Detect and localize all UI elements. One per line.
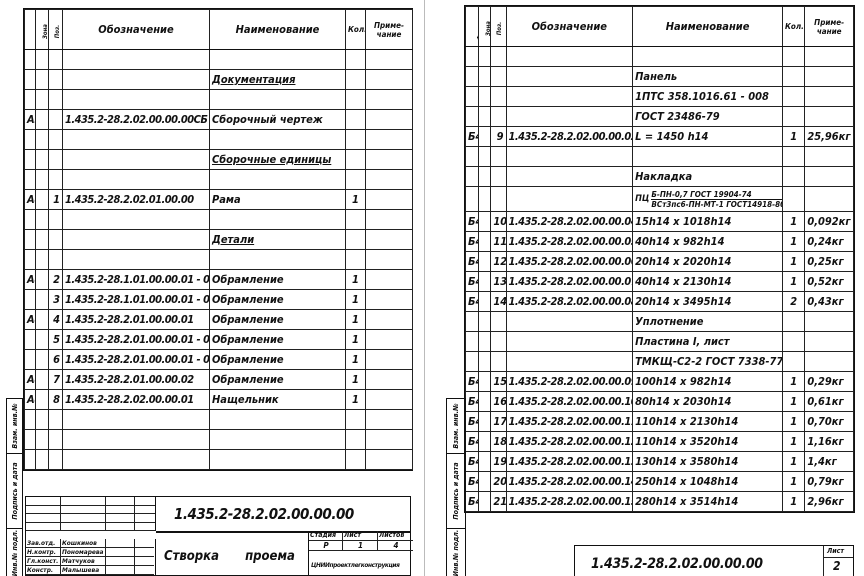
cell-note [805, 67, 854, 87]
cell-qty: 1 [346, 190, 366, 210]
cell-pos [49, 450, 63, 470]
cell-note [805, 147, 854, 167]
cell-name: Обрамление [210, 310, 346, 330]
cell-note [366, 90, 413, 110]
cell-designation [63, 430, 210, 450]
table-row: Сборочные единицы [25, 150, 413, 170]
cell-designation: 1.435.2-28.2.02.00.00.05 [506, 232, 633, 252]
cell-name: Нащельник [210, 390, 346, 410]
drawing-code: 1.435.2-28.2.02.00.00.00 [174, 505, 354, 523]
cell-qty: 1 [783, 472, 805, 492]
cell-name [210, 410, 346, 430]
cell-zone [36, 170, 49, 190]
cell-note: 0,24кг [805, 232, 854, 252]
table-row [25, 410, 413, 430]
cell-zone [36, 270, 49, 290]
signature-row: Гл.конст.Матчуков [26, 557, 154, 566]
cell-pos [49, 110, 63, 130]
cell-name: 40h14 x 982h14 [633, 232, 783, 252]
sheet-label: Лист [827, 547, 844, 555]
cell-note: 1,4кг [805, 452, 854, 472]
drawing-title: Створка проема [164, 549, 295, 564]
cell-designation: 1.435.2-28.2.02.00.00.07 [506, 272, 633, 292]
cell-qty: 1 [346, 330, 366, 350]
cell-zone [479, 127, 491, 147]
cell-pos: 2 [49, 270, 63, 290]
cell-designation [63, 50, 210, 70]
cell-qty: 1 [346, 370, 366, 390]
cell-pos [49, 90, 63, 110]
table-row [25, 210, 413, 230]
cell-designation: 1.435.2-28.2.02.00.00.14 [506, 472, 633, 492]
cell-qty [783, 87, 805, 107]
header-note: Приме-чание [366, 10, 413, 50]
spec-header-row: Формат Зона Поз. Обозначение Наименовани… [25, 10, 413, 50]
cell-fmt: Б4 [466, 452, 479, 472]
cell-zone [36, 150, 49, 170]
cell-pos [49, 170, 63, 190]
cell-fmt: А4 [25, 270, 36, 290]
sheets-value: 4 [378, 541, 413, 551]
cell-name: Сборочный чертеж [210, 110, 346, 130]
cell-qty [783, 352, 805, 372]
cell-designation [63, 150, 210, 170]
title-block-2: 1.435.2-28.2.02.00.00.00 Лист 2 [574, 545, 854, 576]
cell-fmt [25, 130, 36, 150]
cell-zone [479, 332, 491, 352]
table-row: Б4151.435.2-28.2.02.00.00.09100h14 x 982… [466, 372, 854, 392]
table-row: Б491.435.2-28.2.02.00.00.02L = 1450 h141… [466, 127, 854, 147]
spec-table-1: Формат Зона Поз. Обозначение Наименовани… [23, 8, 413, 471]
cell-pos: 6 [49, 350, 63, 370]
cell-designation: 1.435.2-28.2.01.00.00.01 - 02 [63, 350, 210, 370]
signature-row: Зав.отд.Кошкинов [26, 539, 154, 548]
cell-zone [479, 252, 491, 272]
table-row [25, 170, 413, 190]
cell-pos: 20 [491, 472, 506, 492]
cell-designation [506, 187, 633, 212]
cell-name [210, 430, 346, 450]
cell-name [633, 147, 783, 167]
cell-zone [479, 452, 491, 472]
cell-pos: 10 [491, 212, 506, 232]
table-row: Б4161.435.2-28.2.02.00.00.1080h14 x 2030… [466, 392, 854, 412]
cell-qty: 1 [783, 127, 805, 147]
header-pos: Поз. [491, 7, 506, 47]
cell-name [210, 250, 346, 270]
cell-name: 130h14 x 3580h14 [633, 452, 783, 472]
cell-note [366, 130, 413, 150]
cell-qty: 1 [346, 270, 366, 290]
cell-qty: 1 [783, 232, 805, 252]
signature-name: Кошкинов [62, 539, 97, 547]
cell-zone [36, 190, 49, 210]
header-designation: Обозначение [63, 10, 210, 50]
cell-note [366, 330, 413, 350]
cell-fmt [466, 312, 479, 332]
spec-header-row: Формат Зона Поз. Обозначение Наименовани… [466, 7, 854, 47]
cell-note [366, 190, 413, 210]
cell-name: Обрамление [210, 330, 346, 350]
cell-name: 20h14 x 2020h14 [633, 252, 783, 272]
cell-zone [36, 210, 49, 230]
cell-designation: 1.435.2-28.2.02.00.00.04 [506, 212, 633, 232]
signature-row: Констр.Малышева [26, 566, 154, 575]
cell-name [210, 90, 346, 110]
organization: ЦНИИпроектлегконструкция [311, 561, 399, 569]
cell-zone [36, 410, 49, 430]
cell-pos [491, 47, 506, 67]
cell-designation: 1.435.2-28.2.02.00.00.01 [63, 390, 210, 410]
cell-name: Обрамление [210, 270, 346, 290]
cell-note [805, 332, 854, 352]
cell-name: Пластина I, лист [633, 332, 783, 352]
cell-zone [479, 492, 491, 512]
margin-stamp-2: Взам. инв.№ Подпись и дата Инв.№ подл. [446, 398, 466, 576]
cell-pos: 12 [491, 252, 506, 272]
cell-qty [346, 430, 366, 450]
cell-note [366, 150, 413, 170]
cell-qty [346, 110, 366, 130]
cell-fmt: Б4 [466, 127, 479, 147]
header-name: Наименование [633, 7, 783, 47]
cell-pos: 4 [49, 310, 63, 330]
cell-name: 250h14 x 1048h14 [633, 472, 783, 492]
cell-note [805, 47, 854, 67]
cell-fmt: Б4 [466, 492, 479, 512]
table-row: Б4101.435.2-28.2.02.00.00.0415h14 x 1018… [466, 212, 854, 232]
cell-designation: 1.435.2-28.2.02.00.00.13 [506, 452, 633, 472]
cell-name: Уплотнение [633, 312, 783, 332]
cell-designation [63, 210, 210, 230]
cell-name [210, 210, 346, 230]
header-designation: Обозначение [506, 7, 633, 47]
cell-zone [36, 110, 49, 130]
cell-qty: 1 [783, 272, 805, 292]
cell-note [366, 310, 413, 330]
cell-note [805, 107, 854, 127]
stage-value: Р [309, 541, 343, 551]
cell-name: Обрамление [210, 350, 346, 370]
cell-qty [783, 147, 805, 167]
cell-zone [36, 350, 49, 370]
cell-note: 0,70кг [805, 412, 854, 432]
cell-zone [36, 70, 49, 90]
cell-qty [783, 332, 805, 352]
cell-pos [49, 130, 63, 150]
table-row [466, 147, 854, 167]
cell-note [805, 167, 854, 187]
cell-qty [346, 70, 366, 90]
cell-fmt: Б4 [466, 212, 479, 232]
cell-qty [346, 230, 366, 250]
cell-pos [49, 70, 63, 90]
cell-note: 0,092кг [805, 212, 854, 232]
cell-pos [49, 150, 63, 170]
cell-note: 0,25кг [805, 252, 854, 272]
cell-pos [491, 312, 506, 332]
table-row: Уплотнение [466, 312, 854, 332]
table-row: А31.435.2-28.2.02.00.00.00СБСборочный че… [25, 110, 413, 130]
cell-zone [36, 310, 49, 330]
signature-role: Констр. [27, 566, 53, 574]
signature-role: Н.контр. [27, 548, 56, 556]
cell-qty [783, 312, 805, 332]
table-row: Б4121.435.2-28.2.02.00.00.0620h14 x 2020… [466, 252, 854, 272]
cell-pos [49, 50, 63, 70]
cell-fmt [25, 350, 36, 370]
cell-qty [346, 450, 366, 470]
cell-designation: 1.435.2-28.2.02.01.00.00 [63, 190, 210, 210]
cell-pos: 19 [491, 452, 506, 472]
material-fraction: ПЦБ-ПН-0,7 ГОСТ 19904-74ВСт3пс6-ПН-МТ-1 … [635, 190, 782, 209]
cell-qty: 1 [783, 372, 805, 392]
spec-table-2: Формат Зона Поз. Обозначение Наименовани… [464, 5, 855, 513]
cell-zone [36, 370, 49, 390]
cell-zone [479, 432, 491, 452]
cell-zone [36, 450, 49, 470]
table-row: Б4141.435.2-28.2.02.00.00.0820h14 x 3495… [466, 292, 854, 312]
cell-pos: 8 [49, 390, 63, 410]
cell-qty [346, 170, 366, 190]
table-row: ПЦБ-ПН-0,7 ГОСТ 19904-74ВСт3пс6-ПН-МТ-1 … [466, 187, 854, 212]
table-row: ГОСТ 23486-79 [466, 107, 854, 127]
cell-zone [479, 292, 491, 312]
cell-fmt: А4 [25, 310, 36, 330]
cell-name: Панель [633, 67, 783, 87]
cell-note [366, 410, 413, 430]
cell-name [633, 47, 783, 67]
table-row [25, 130, 413, 150]
table-row [466, 47, 854, 67]
cell-note [366, 350, 413, 370]
cell-zone [479, 67, 491, 87]
cell-designation [506, 332, 633, 352]
cell-pos: 15 [491, 372, 506, 392]
signature-row: Н.контр.Пономарева [26, 548, 154, 557]
table-row: А481.435.2-28.2.02.00.00.01Нащельник1 [25, 390, 413, 410]
cell-designation: 1.435.2-28.2.02.00.00.06 [506, 252, 633, 272]
sheet-value: 1 [343, 541, 378, 551]
cell-name [210, 170, 346, 190]
table-row [25, 50, 413, 70]
cell-pos: 9 [491, 127, 506, 147]
cell-pos [491, 107, 506, 127]
cell-pos [491, 332, 506, 352]
cell-name: 100h14 x 982h14 [633, 372, 783, 392]
cell-fmt: А4 [25, 390, 36, 410]
cell-fmt [25, 210, 36, 230]
cell-designation: 1.435.2-28.2.01.00.00.02 [63, 370, 210, 390]
cell-qty: 1 [783, 412, 805, 432]
cell-zone [479, 187, 491, 212]
header-qty: Кол. [346, 10, 366, 50]
sheet-number: 2 [833, 559, 841, 573]
cell-zone [36, 130, 49, 150]
cell-designation [63, 170, 210, 190]
cell-name [210, 450, 346, 470]
cell-designation [506, 147, 633, 167]
cell-note [366, 370, 413, 390]
cell-qty [783, 187, 805, 212]
cell-designation [506, 87, 633, 107]
stage-label: Стадия [309, 531, 343, 541]
cell-designation [63, 230, 210, 250]
cell-pos [49, 210, 63, 230]
cell-pos: 5 [49, 330, 63, 350]
cell-note [366, 450, 413, 470]
cell-note: 0,61кг [805, 392, 854, 412]
cell-zone [479, 212, 491, 232]
header-format: Формат [466, 7, 479, 47]
sheets-label: Листов [378, 531, 413, 541]
cell-fmt [466, 147, 479, 167]
cell-fmt [466, 352, 479, 372]
header-format: Формат [25, 10, 36, 50]
cell-note: 2,96кг [805, 492, 854, 512]
table-row: А471.435.2-28.2.01.00.00.02Обрамление1 [25, 370, 413, 390]
cell-name: 280h14 x 3514h14 [633, 492, 783, 512]
cell-qty [346, 150, 366, 170]
cell-qty: 1 [346, 350, 366, 370]
cell-zone [479, 312, 491, 332]
cell-pos [49, 410, 63, 430]
cell-note [805, 312, 854, 332]
cell-fmt [25, 70, 36, 90]
cell-name: 20h14 x 3495h14 [633, 292, 783, 312]
cell-fmt [25, 90, 36, 110]
cell-fmt [466, 87, 479, 107]
cell-designation [63, 130, 210, 150]
cell-designation [506, 107, 633, 127]
cell-zone [479, 147, 491, 167]
table-row: Пластина I, лист [466, 332, 854, 352]
cell-designation [506, 67, 633, 87]
cell-qty: 1 [783, 492, 805, 512]
cell-note [366, 70, 413, 90]
table-row: 1ПТС 358.1016.61 - 008 [466, 87, 854, 107]
cell-zone [479, 472, 491, 492]
cell-note [366, 110, 413, 130]
cell-pos [491, 67, 506, 87]
cell-note [366, 290, 413, 310]
cell-name: Сборочные единицы [210, 150, 346, 170]
cell-pos [491, 167, 506, 187]
cell-name: Документация [210, 70, 346, 90]
cell-designation: 1.435.2-28.2.02.00.00.02 [506, 127, 633, 147]
cell-fmt [25, 450, 36, 470]
table-row: Детали [25, 230, 413, 250]
cell-qty: 2 [783, 292, 805, 312]
cell-fmt [466, 107, 479, 127]
cell-zone [36, 430, 49, 450]
cell-fmt: А3 [25, 110, 36, 130]
signature-name: Пономарева [62, 548, 104, 556]
cell-fmt [466, 67, 479, 87]
cell-name: Детали [210, 230, 346, 250]
cell-name [210, 130, 346, 150]
cell-note [805, 87, 854, 107]
cell-note [366, 270, 413, 290]
cell-designation: 1.435.2-28.2.02.00.00.15 [506, 492, 633, 512]
cell-qty [783, 167, 805, 187]
cell-qty [346, 410, 366, 430]
cell-note [366, 250, 413, 270]
cell-qty [346, 250, 366, 270]
cell-note [805, 187, 854, 212]
cell-designation [63, 250, 210, 270]
cell-qty: 1 [346, 310, 366, 330]
cell-designation [63, 90, 210, 110]
cell-designation [63, 410, 210, 430]
page-divider [424, 0, 425, 576]
cell-qty: 1 [783, 432, 805, 452]
cell-pos: 7 [49, 370, 63, 390]
cell-fmt [25, 410, 36, 430]
cell-pos: 3 [49, 290, 63, 310]
table-row [25, 450, 413, 470]
margin-stamp-1: Взам. инв.№ Подпись и дата Инв.№ подл. [6, 398, 23, 576]
cell-designation: 1.435.2-28.2.02.00.00.12 [506, 432, 633, 452]
header-qty: Кол. [783, 7, 805, 47]
cell-pos [491, 352, 506, 372]
cell-zone [479, 167, 491, 187]
cell-pos [491, 187, 506, 212]
cell-fmt: Б4 [466, 412, 479, 432]
header-pos: Поз. [49, 10, 63, 50]
table-row: 61.435.2-28.2.01.00.00.01 - 02Обрамление… [25, 350, 413, 370]
cell-pos [49, 430, 63, 450]
cell-zone [479, 272, 491, 292]
cell-qty: 1 [346, 290, 366, 310]
cell-name: ГОСТ 23486-79 [633, 107, 783, 127]
table-row: Панель [466, 67, 854, 87]
table-row: А411.435.2-28.2.02.01.00.00Рама1 [25, 190, 413, 210]
cell-note [366, 430, 413, 450]
table-row: Б4191.435.2-28.2.02.00.00.13130h14 x 358… [466, 452, 854, 472]
table-row: Б4201.435.2-28.2.02.00.00.14250h14 x 104… [466, 472, 854, 492]
cell-fmt: Б4 [466, 292, 479, 312]
cell-qty: 1 [783, 452, 805, 472]
cell-name: Обрамление [210, 370, 346, 390]
cell-designation: 1.435.2-28.1.01.00.00.01 - 03 [63, 270, 210, 290]
cell-fmt: А4 [25, 190, 36, 210]
table-row: Б4111.435.2-28.2.02.00.00.0540h14 x 982h… [466, 232, 854, 252]
cell-name: Обрамление [210, 290, 346, 310]
cell-name: L = 1450 h14 [633, 127, 783, 147]
cell-pos: 1 [49, 190, 63, 210]
cell-fmt [25, 330, 36, 350]
cell-zone [36, 390, 49, 410]
spec-sheet-1: Формат Зона Поз. Обозначение Наименовани… [0, 0, 420, 576]
cell-name: Накладка [633, 167, 783, 187]
cell-qty [346, 130, 366, 150]
cell-fmt [466, 187, 479, 212]
cell-fmt [466, 167, 479, 187]
cell-pos: 14 [491, 292, 506, 312]
cell-designation: 1.435.2-28.2.02.00.00.08 [506, 292, 633, 312]
cell-fmt: Б4 [466, 472, 479, 492]
signature-name: Малышева [62, 566, 99, 574]
table-row: 51.435.2-28.2.01.00.00.01 - 01Обрамление… [25, 330, 413, 350]
cell-note [366, 210, 413, 230]
cell-designation [63, 450, 210, 470]
signature-role: Зав.отд. [27, 539, 55, 547]
cell-note: 1,16кг [805, 432, 854, 452]
cell-name: Рама [210, 190, 346, 210]
cell-pos: 21 [491, 492, 506, 512]
spec-sheet-2: Формат Зона Поз. Обозначение Наименовани… [430, 0, 864, 576]
